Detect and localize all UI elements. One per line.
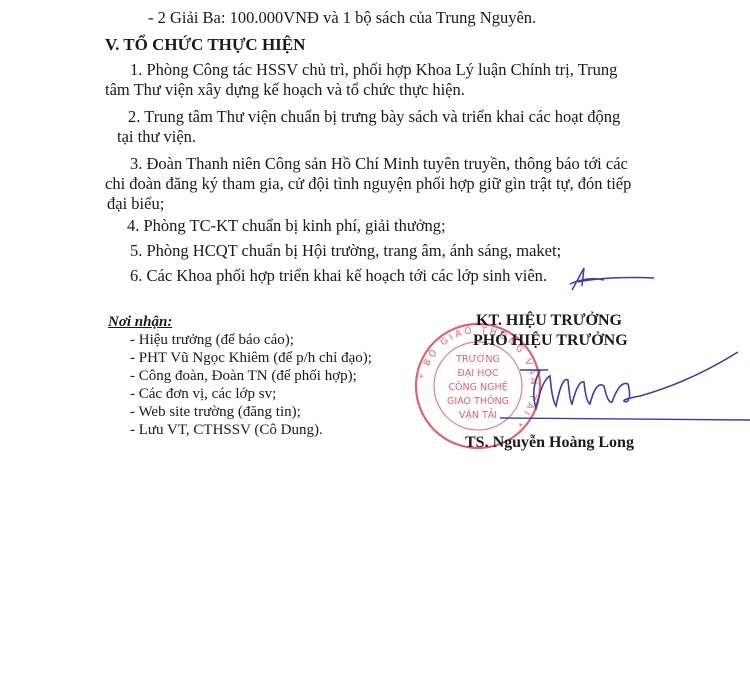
prize-line: - 2 Giải Ba: 100.000VNĐ và 1 bộ sách của… [148,8,536,28]
item-1-line-2: tâm Thư viện xây dựng kế hoạch và tổ chứ… [105,80,465,100]
handwritten-signature-icon [500,340,750,425]
item-2-line-2: tại thư viện. [117,127,196,147]
item-2-line-1: 2. Trung tâm Thư viện chuẩn bị trưng bày… [128,107,620,127]
recipient-item: - Công đoàn, Đoàn TN (để phối hợp); [130,366,357,386]
signature-title-1: KT. HIỆU TRƯỞNG [476,311,622,331]
item-3-line-3: đại biểu; [107,194,164,214]
recipients-title: Nơi nhận: [108,312,172,332]
recipient-item: - Các đơn vị, các lớp sv; [130,384,276,404]
recipient-item: - PHT Vũ Ngọc Khiêm (để p/h chỉ đạo); [130,348,372,368]
svg-text:CÔNG NGHỆ: CÔNG NGHỆ [448,381,507,393]
item-4: 4. Phòng TC-KT chuẩn bị kinh phí, giải t… [127,216,446,236]
svg-text:VẬN TẢI: VẬN TẢI [459,409,497,421]
recipient-item: - Lưu VT, CTHSSV (Cô Dung). [130,420,323,440]
item-3-line-2: chi đoàn đăng ký tham gia, cử đội tình n… [105,174,631,194]
signer-name: TS. Nguyễn Hoàng Long [465,433,634,453]
recipient-item: - Web site trường (đăng tin); [130,402,301,422]
initial-mark-icon [568,262,658,294]
item-3-line-1: 3. Đoàn Thanh niên Công sản Hồ Chí Minh … [130,154,628,174]
item-5: 5. Phòng HCQT chuẩn bị Hội trường, trang… [130,241,561,261]
item-6: 6. Các Khoa phối hợp triển khai kế hoạch… [130,266,547,286]
svg-text:TRƯỜNG: TRƯỜNG [455,353,500,365]
recipient-item: - Hiệu trưởng (để báo cáo); [130,330,294,350]
section-heading: V. TỔ CHỨC THỰC HIỆN [105,35,305,55]
item-1-line-1: 1. Phòng Công tác HSSV chủ trì, phối hợp… [130,60,617,80]
svg-text:ĐẠI HỌC: ĐẠI HỌC [458,368,499,379]
